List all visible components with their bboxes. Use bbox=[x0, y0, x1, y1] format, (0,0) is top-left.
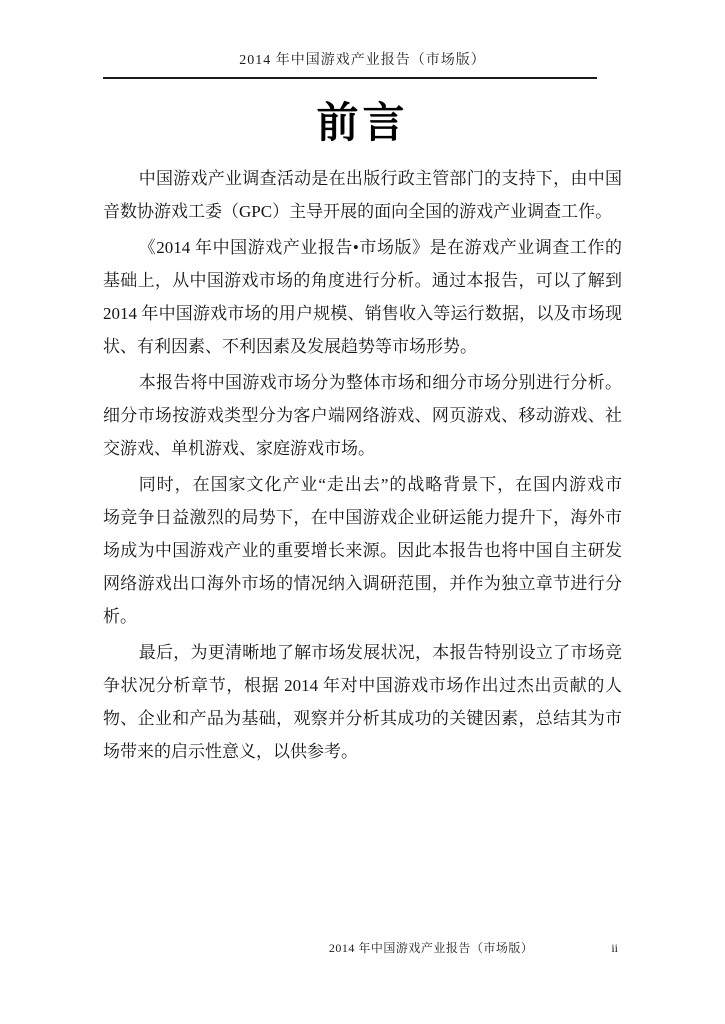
running-footer: 2014 年中国游戏产业报告（市场版） ii bbox=[103, 940, 622, 956]
paragraph-line: 最后，为更清晰地了解市场发展状况，本报告特别设立了市场竞 bbox=[103, 636, 622, 669]
page-title: 前言 bbox=[103, 100, 622, 148]
running-footer-title: 2014 年中国游戏产业报告（市场版） bbox=[329, 940, 534, 956]
paragraph-line: 交游戏、单机游戏、家庭游戏市场。 bbox=[103, 432, 622, 465]
running-header-title: 2014 年中国游戏产业报告（市场版） bbox=[103, 52, 622, 70]
paragraph-line: 2014 年中国游戏市场的用户规模、销售收入等运行数据，以及市场现 bbox=[103, 297, 622, 330]
paragraph-line: 《2014 年中国游戏产业报告•市场版》是在游戏产业调查工作的 bbox=[103, 231, 622, 264]
paragraph: 最后，为更清晰地了解市场发展状况，本报告特别设立了市场竞争状况分析章节，根据 2… bbox=[103, 636, 622, 768]
paragraph: 同时，在国家文化产业“走出去”的战略背景下，在国内游戏市场竞争日益激烈的局势下，… bbox=[103, 468, 622, 633]
header-divider bbox=[103, 77, 597, 79]
paragraph-line: 细分市场按游戏类型分为客户端网络游戏、网页游戏、移动游戏、社 bbox=[103, 399, 622, 432]
paragraph-line: 本报告将中国游戏市场分为整体市场和细分市场分别进行分析。 bbox=[103, 366, 622, 399]
paragraph: 本报告将中国游戏市场分为整体市场和细分市场分别进行分析。细分市场按游戏类型分为客… bbox=[103, 366, 622, 465]
paragraph-line: 场带来的启示性意义，以供参考。 bbox=[103, 735, 622, 768]
paragraph-line: 基础上，从中国游戏市场的角度进行分析。通过本报告，可以了解到 bbox=[103, 264, 622, 297]
paragraph: 《2014 年中国游戏产业报告•市场版》是在游戏产业调查工作的基础上，从中国游戏… bbox=[103, 231, 622, 363]
paragraph-line: 音数协游戏工委（GPC）主导开展的面向全国的游戏产业调查工作。 bbox=[103, 195, 622, 228]
paragraph-line: 同时，在国家文化产业“走出去”的战略背景下，在国内游戏市 bbox=[103, 468, 622, 501]
paragraph-line: 网络游戏出口海外市场的情况纳入调研范围，并作为独立章节进行分 bbox=[103, 567, 622, 600]
paragraph: 中国游戏产业调查活动是在出版行政主管部门的支持下，由中国音数协游戏工委（GPC）… bbox=[103, 162, 622, 228]
paragraph-line: 析。 bbox=[103, 600, 622, 633]
paragraph-line: 场成为中国游戏产业的重要增长来源。因此本报告也将中国自主研发 bbox=[103, 534, 622, 567]
document-page: 2014 年中国游戏产业报告（市场版） 前言 中国游戏产业调查活动是在出版行政主… bbox=[0, 0, 725, 1024]
page-number: ii bbox=[611, 940, 618, 956]
paragraph-line: 中国游戏产业调查活动是在出版行政主管部门的支持下，由中国 bbox=[103, 162, 622, 195]
paragraph-line: 场竞争日益激烈的局势下，在中国游戏企业研运能力提升下，海外市 bbox=[103, 501, 622, 534]
paragraph-line: 状、有利因素、不利因素及发展趋势等市场形势。 bbox=[103, 330, 622, 363]
document-body: 中国游戏产业调查活动是在出版行政主管部门的支持下，由中国音数协游戏工委（GPC）… bbox=[103, 162, 622, 768]
paragraph-line: 争状况分析章节，根据 2014 年对中国游戏市场作出过杰出贡献的人 bbox=[103, 669, 622, 702]
paragraph-line: 物、企业和产品为基础，观察并分析其成功的关键因素，总结其为市 bbox=[103, 702, 622, 735]
